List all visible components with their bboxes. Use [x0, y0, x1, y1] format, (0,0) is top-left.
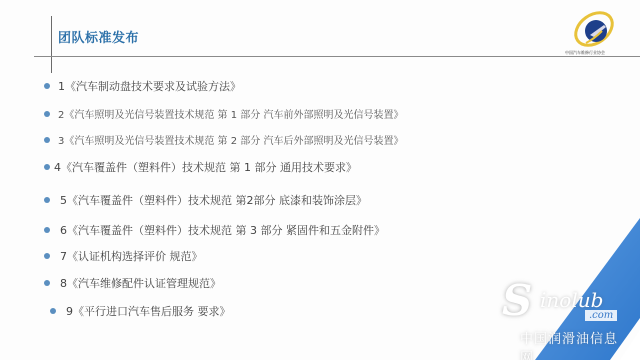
- bullet-icon: [44, 83, 50, 89]
- list-item: 7《认证机构选择评价 规范》: [44, 248, 203, 264]
- list-item: 8《汽车维修配件认证管理规范》: [44, 275, 221, 291]
- watermark-letter: S: [502, 276, 532, 325]
- list-item: 2《汽车照明及光信号装置技术规范 第 1 部分 汽车前外部照明及光信号装置》: [44, 106, 403, 121]
- watermark: S inolub .com 中国润滑油信息网: [500, 282, 630, 352]
- watermark-domain: .com: [585, 310, 617, 321]
- bullet-icon: [44, 111, 50, 117]
- slide-title: 团队标准发布: [58, 27, 139, 46]
- list-item: 1《汽车制动盘技术要求及试验方法》: [44, 78, 241, 94]
- bullet-icon: [44, 197, 50, 203]
- vertical-divider: [51, 16, 52, 73]
- list-item-text: 5《汽车覆盖件（塑料件）技术规范 第2部分 底漆和装饰涂层》: [60, 192, 367, 208]
- list-item: 5《汽车覆盖件（塑料件）技术规范 第2部分 底漆和装饰涂层》: [44, 192, 367, 208]
- bullet-icon: [44, 227, 50, 233]
- list-item-text: 8《汽车维修配件认证管理规范》: [60, 275, 221, 291]
- watermark-cn-name: 中国润滑油信息网: [520, 328, 630, 360]
- list-item-text: 9《平行进口汽车售后服务 要求》: [66, 303, 231, 319]
- list-item: 6《汽车覆盖件（塑料件）技术规范 第 3 部分 紧固件和五金附件》: [44, 222, 385, 238]
- bullet-icon: [44, 253, 50, 259]
- bullet-icon: [44, 137, 50, 143]
- list-item-text: 7《认证机构选择评价 规范》: [60, 248, 203, 264]
- association-logo-icon: [560, 5, 630, 65]
- list-item-text: 4《汽车覆盖件（塑料件）技术规范 第 1 部分 通用技术要求》: [54, 159, 357, 175]
- slide: 团队标准发布 中国汽车维修行业协会 1《汽车制动盘技术要求及试验方法》 2《汽车…: [0, 0, 640, 360]
- bullet-icon: [44, 164, 50, 170]
- list-item-text: 1《汽车制动盘技术要求及试验方法》: [58, 78, 241, 94]
- watermark-brand: inolub: [540, 288, 603, 312]
- list-item-text: 2《汽车照明及光信号装置技术规范 第 1 部分 汽车前外部照明及光信号装置》: [58, 106, 403, 121]
- list-item: 3《汽车照明及光信号装置技术规范 第 2 部分 汽车后外部照明及光信号装置》: [44, 132, 403, 147]
- list-item: 4《汽车覆盖件（塑料件）技术规范 第 1 部分 通用技术要求》: [44, 159, 357, 175]
- bullet-icon: [44, 280, 50, 286]
- list-item: 9《平行进口汽车售后服务 要求》: [50, 303, 231, 319]
- list-item-text: 6《汽车覆盖件（塑料件）技术规范 第 3 部分 紧固件和五金附件》: [60, 222, 385, 238]
- list-item-text: 3《汽车照明及光信号装置技术规范 第 2 部分 汽车后外部照明及光信号装置》: [58, 132, 403, 147]
- association-name: 中国汽车维修行业协会: [545, 50, 625, 56]
- bullet-icon: [50, 308, 56, 314]
- horizontal-divider: [34, 56, 640, 57]
